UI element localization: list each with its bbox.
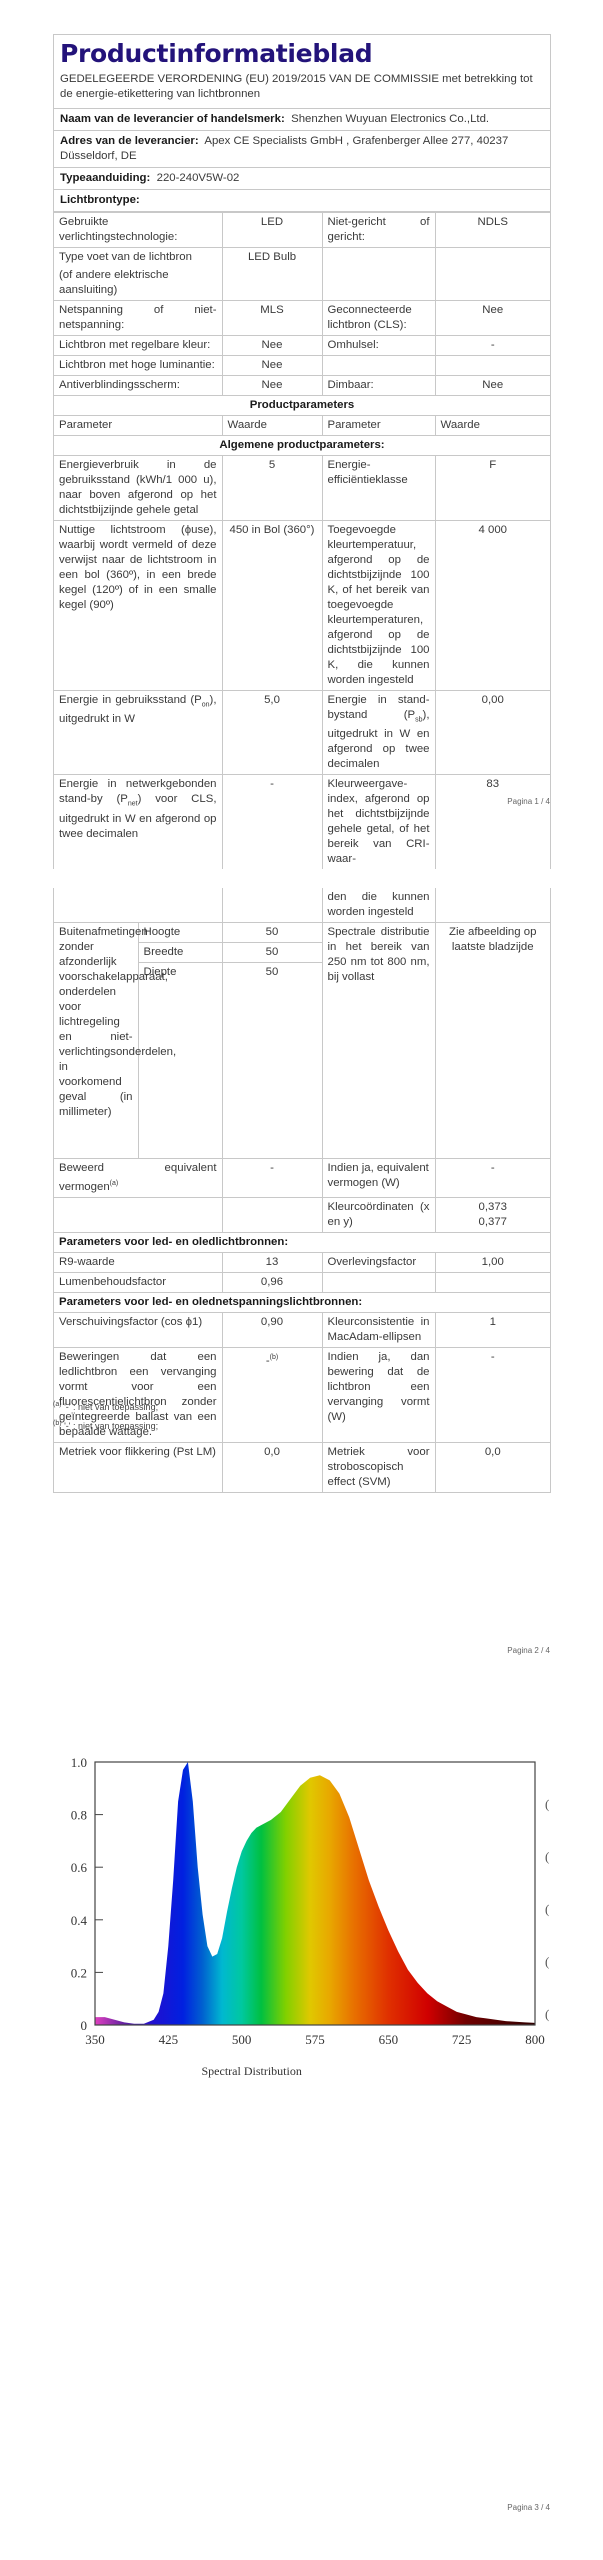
svg-text:0.8: 0.8 bbox=[71, 1808, 87, 1823]
section-heading: Algemene productparameters: bbox=[54, 436, 550, 456]
page-number: Pagina 2 / 4 bbox=[507, 1646, 550, 1655]
footnote-a: (a) '-' : niet van toepassing; bbox=[53, 1401, 158, 1412]
table-row: Type voet van de lichtbron(of andere ele… bbox=[54, 248, 550, 301]
table-row: Kleurcoördinaten (x en y) 0,3730,377 bbox=[54, 1197, 550, 1232]
spectrum-plot: 0(0.2(0.4(0.6(0.8(1.03504255005756507258… bbox=[50, 1700, 570, 2090]
table-row: Metriek voor flikkering (Pst LM)0,0 Metr… bbox=[54, 1442, 550, 1492]
svg-text:650: 650 bbox=[379, 2032, 399, 2047]
svg-text:1.0: 1.0 bbox=[71, 1755, 87, 1770]
svg-text:(: ( bbox=[545, 1902, 549, 1917]
table-row: Antiverblindingsscherm:Nee Dimbaar:Nee bbox=[54, 376, 550, 396]
svg-text:(: ( bbox=[545, 2007, 549, 2022]
section-heading: Parameters voor led- en olednetspannings… bbox=[54, 1292, 550, 1312]
svg-text:575: 575 bbox=[305, 2032, 325, 2047]
svg-text:0.2: 0.2 bbox=[71, 1965, 87, 1980]
table-row: den die kunnen worden ingesteld bbox=[54, 888, 550, 923]
supplier-row: Naam van de leverancier of handelsmerk: … bbox=[54, 109, 550, 131]
svg-text:350: 350 bbox=[85, 2032, 105, 2047]
table-row: Energieverbruik in de gebruiksstand (kWh… bbox=[54, 456, 550, 521]
table-row: Nuttige lichtstroom (ϕuse), waarbij word… bbox=[54, 521, 550, 691]
spectrum-area bbox=[95, 1762, 535, 2025]
table-row: Gebruikte verlichtingstechnologie:LED Ni… bbox=[54, 213, 550, 248]
regulation-text: GEDELEGEERDE VERORDENING (EU) 2019/2015 … bbox=[54, 68, 550, 109]
table-row: Energie in netwerkgebonden stand-by (Pne… bbox=[54, 775, 550, 870]
product-info-sheet: Productinformatieblad GEDELEGEERDE VEROR… bbox=[53, 34, 551, 869]
table-row: Lichtbron met hoge luminantie:Nee bbox=[54, 356, 550, 376]
lightsource-type-heading: Lichtbrontype: bbox=[54, 190, 550, 212]
model-row: Typeaanduiding: 220-240V5W-02 bbox=[54, 168, 550, 190]
page-title: Productinformatieblad bbox=[54, 35, 550, 68]
section-heading: Productparameters bbox=[54, 396, 550, 416]
table-row: Energie in gebruiksstand (Pon), uitgedru… bbox=[54, 691, 550, 775]
table-row: Verschuivingsfactor (cos ϕ1)0,90 Kleurco… bbox=[54, 1312, 550, 1347]
table-row: Netspanning of niet-netspanning:MLS Geco… bbox=[54, 301, 550, 336]
svg-text:800: 800 bbox=[525, 2032, 545, 2047]
svg-text:(: ( bbox=[545, 1954, 549, 1969]
svg-text:0.4: 0.4 bbox=[71, 1913, 88, 1928]
spectral-distribution-chart: 0(0.2(0.4(0.6(0.8(1.03504255005756507258… bbox=[50, 1700, 570, 2090]
page-number: Pagina 3 / 4 bbox=[507, 2503, 550, 2512]
svg-text:(: ( bbox=[545, 1849, 549, 1864]
page-number: Pagina 1 / 4 bbox=[507, 797, 550, 806]
table-row: R9-waarde13 Overlevingsfactor1,00 bbox=[54, 1252, 550, 1272]
svg-text:0.6: 0.6 bbox=[71, 1860, 88, 1875]
svg-text:0: 0 bbox=[81, 2018, 88, 2033]
table-row: Lichtbron met regelbare kleur:Nee Omhuls… bbox=[54, 336, 550, 356]
svg-text:425: 425 bbox=[159, 2032, 179, 2047]
column-header-row: ParameterWaarde ParameterWaarde bbox=[54, 416, 550, 436]
footnote-b: (b) '-' : niet van toepassing; bbox=[53, 1420, 158, 1431]
x-axis-label: Spectral Distribution bbox=[202, 2064, 302, 2078]
section-heading: Parameters voor led- en oledlichtbronnen… bbox=[54, 1232, 550, 1252]
svg-text:725: 725 bbox=[452, 2032, 472, 2047]
lightsource-table: Gebruikte verlichtingstechnologie:LED Ni… bbox=[54, 212, 550, 869]
table-row: Lumenbehoudsfactor0,96 bbox=[54, 1272, 550, 1292]
table-row: Buitenafmetingen zonder afzonderlijk voo… bbox=[54, 923, 550, 943]
address-row: Adres van de leverancier: Apex CE Specia… bbox=[54, 131, 550, 168]
svg-text:500: 500 bbox=[232, 2032, 252, 2047]
table-row: Beweerd equivalent vermogen(a) - Indien … bbox=[54, 1159, 550, 1198]
svg-text:(: ( bbox=[545, 1796, 549, 1811]
